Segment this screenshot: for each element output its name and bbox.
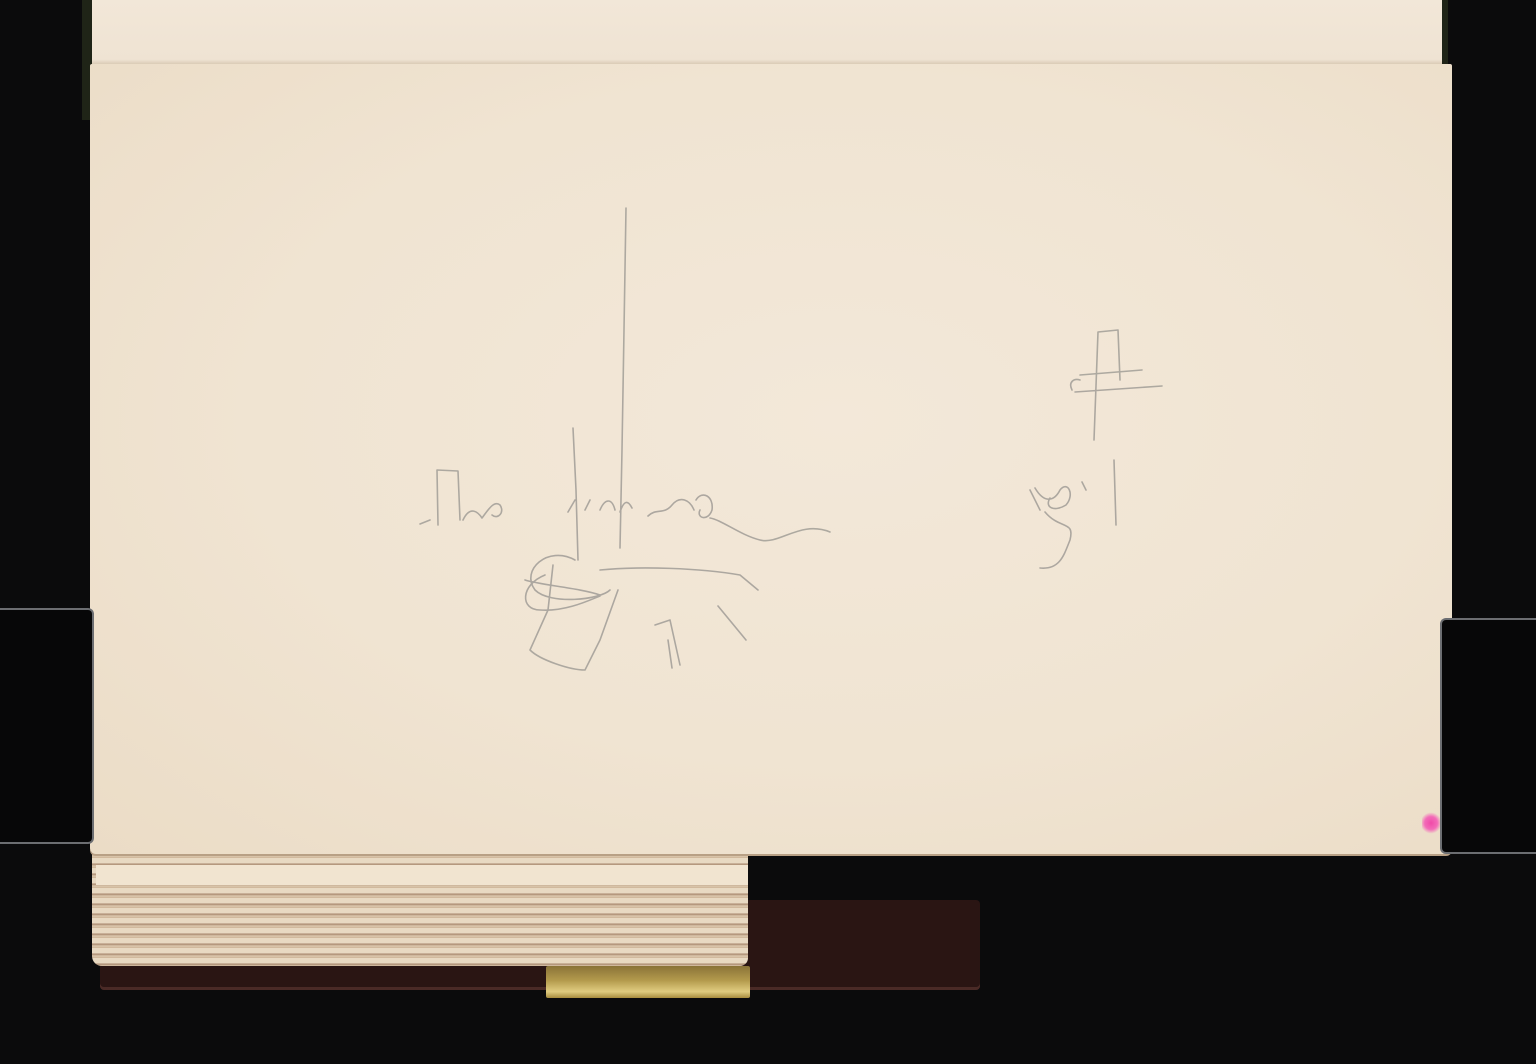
sketchbook-photo: Photograph of an open bound sketchbook s… [0, 0, 1536, 1064]
pink-color-mark [1422, 812, 1440, 834]
pencil-sketch [0, 0, 1536, 1064]
retaining-strap-right [1440, 618, 1536, 854]
retaining-strap-left [0, 608, 94, 844]
